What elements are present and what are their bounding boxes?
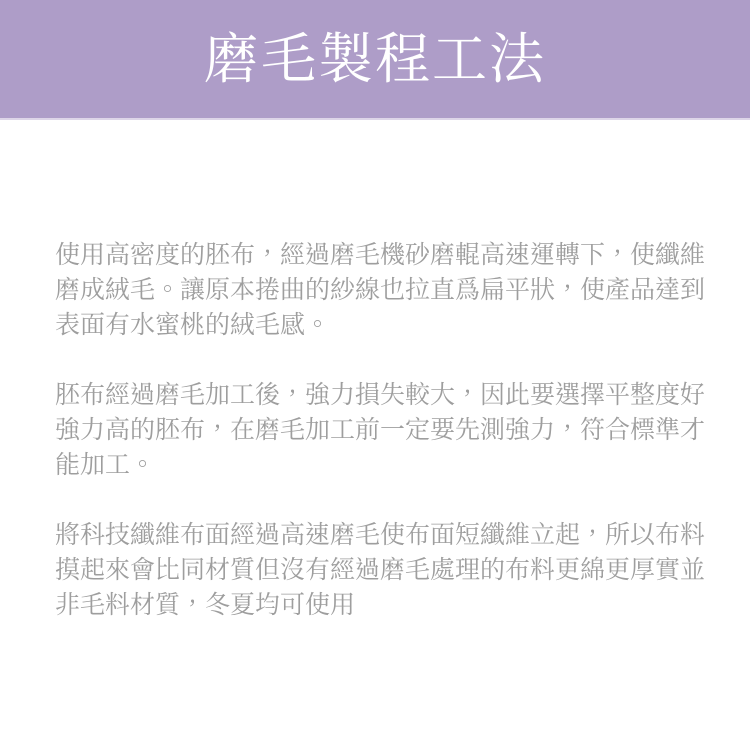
product-description-page: 磨毛製程工法 使用高密度的胚布，經過磨毛機砂磨輥高速運轉下，使纖維 磨成絨毛。讓… (0, 0, 750, 750)
title-banner: 磨毛製程工法 (0, 0, 750, 120)
paragraph-strength-requirement: 胚布經過磨毛加工後，強力損失較大，因此要選擇平整度好 強力高的胚布，在磨毛加工前… (55, 378, 712, 483)
paragraph-brushing-process: 使用高密度的胚布，經過磨毛機砂磨輥高速運轉下，使纖維 磨成絨毛。讓原本捲曲的紗線… (55, 238, 712, 343)
paragraph-fabric-feel: 將科技纖維布面經過高速磨毛使布面短纖維立起，所以布料 摸起來會比同材質但沒有經過… (55, 518, 712, 623)
description-body: 使用高密度的胚布，經過磨毛機砂磨輥高速運轉下，使纖維 磨成絨毛。讓原本捲曲的紗線… (0, 120, 750, 623)
page-title: 磨毛製程工法 (204, 32, 546, 87)
